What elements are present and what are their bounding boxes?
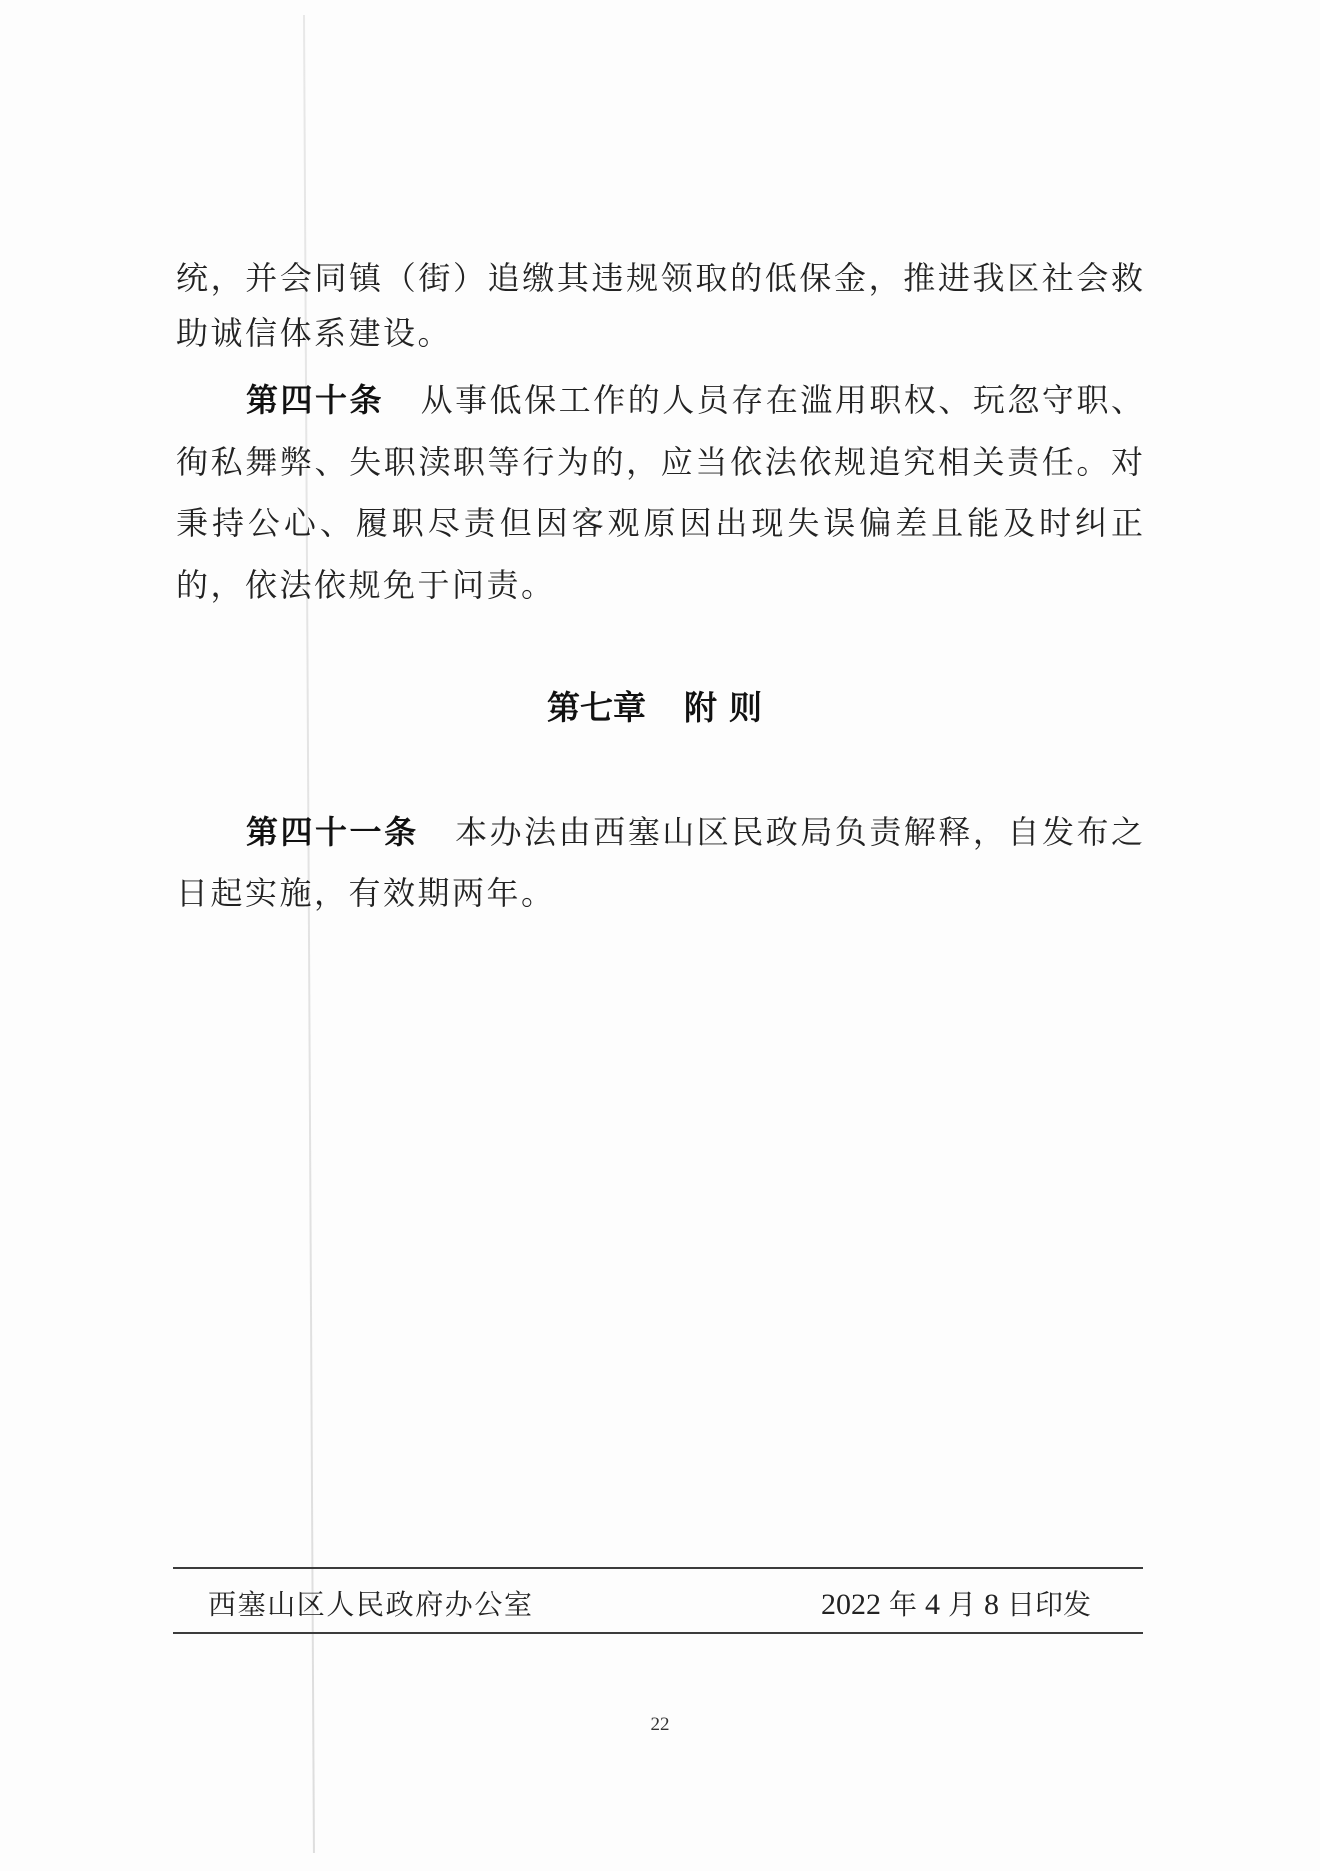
footer-month: 4 <box>917 1588 948 1621</box>
footer-year: 2022 <box>821 1588 889 1621</box>
page-number: 22 <box>640 1714 680 1736</box>
article-40-label: 第四十条 <box>246 381 384 419</box>
chapter-number: 第七章 <box>547 688 646 727</box>
footer-date: 2022年4月8日印发 <box>821 1588 1091 1622</box>
footer-top-rule <box>173 1567 1143 1569</box>
body-line: 的，依法依规免于问责。 <box>176 565 1143 605</box>
article-40-text: 从事低保工作的人员存在滥用职权、玩忽守职、 <box>418 381 1143 419</box>
body-line: 日起实施，有效期两年。 <box>176 873 1143 913</box>
article-41-text: 本办法由西塞山区民政局负责解释，自发布之 <box>453 813 1143 851</box>
footer-day: 8 <box>976 1588 1007 1621</box>
footer-month-unit: 月 <box>948 1588 976 1621</box>
footer-year-unit: 年 <box>889 1588 917 1621</box>
body-line: 徇私舞弊、失职渎职等行为的，应当依法依规追究相关责任。对 <box>176 442 1143 482</box>
body-line: 助诚信体系建设。 <box>176 313 1143 353</box>
footer-suffix: 印发 <box>1035 1588 1091 1621</box>
chapter-title-char: 附 <box>684 688 717 727</box>
document-page: 统，并会同镇（街）追缴其违规领取的低保金，推进我区社会救 助诚信体系建设。 第四… <box>0 0 1320 1871</box>
chapter-title-char: 则 <box>729 688 762 727</box>
body-line: 统，并会同镇（街）追缴其违规领取的低保金，推进我区社会救 <box>176 258 1143 298</box>
footer-issuer: 西塞山区人民政府办公室 <box>208 1588 534 1622</box>
body-line: 秉持公心、履职尽责但因客观原因出现失误偏差且能及时纠正 <box>176 503 1143 543</box>
article-41-first-line: 第四十一条本办法由西塞山区民政局负责解释，自发布之 <box>246 812 1143 852</box>
article-41-label: 第四十一条 <box>246 813 419 851</box>
footer-day-unit: 日 <box>1007 1588 1035 1621</box>
chapter-heading: 第七章附则 <box>547 688 762 728</box>
article-40-first-line: 第四十条从事低保工作的人员存在滥用职权、玩忽守职、 <box>246 380 1143 420</box>
footer-bottom-rule <box>173 1632 1143 1634</box>
